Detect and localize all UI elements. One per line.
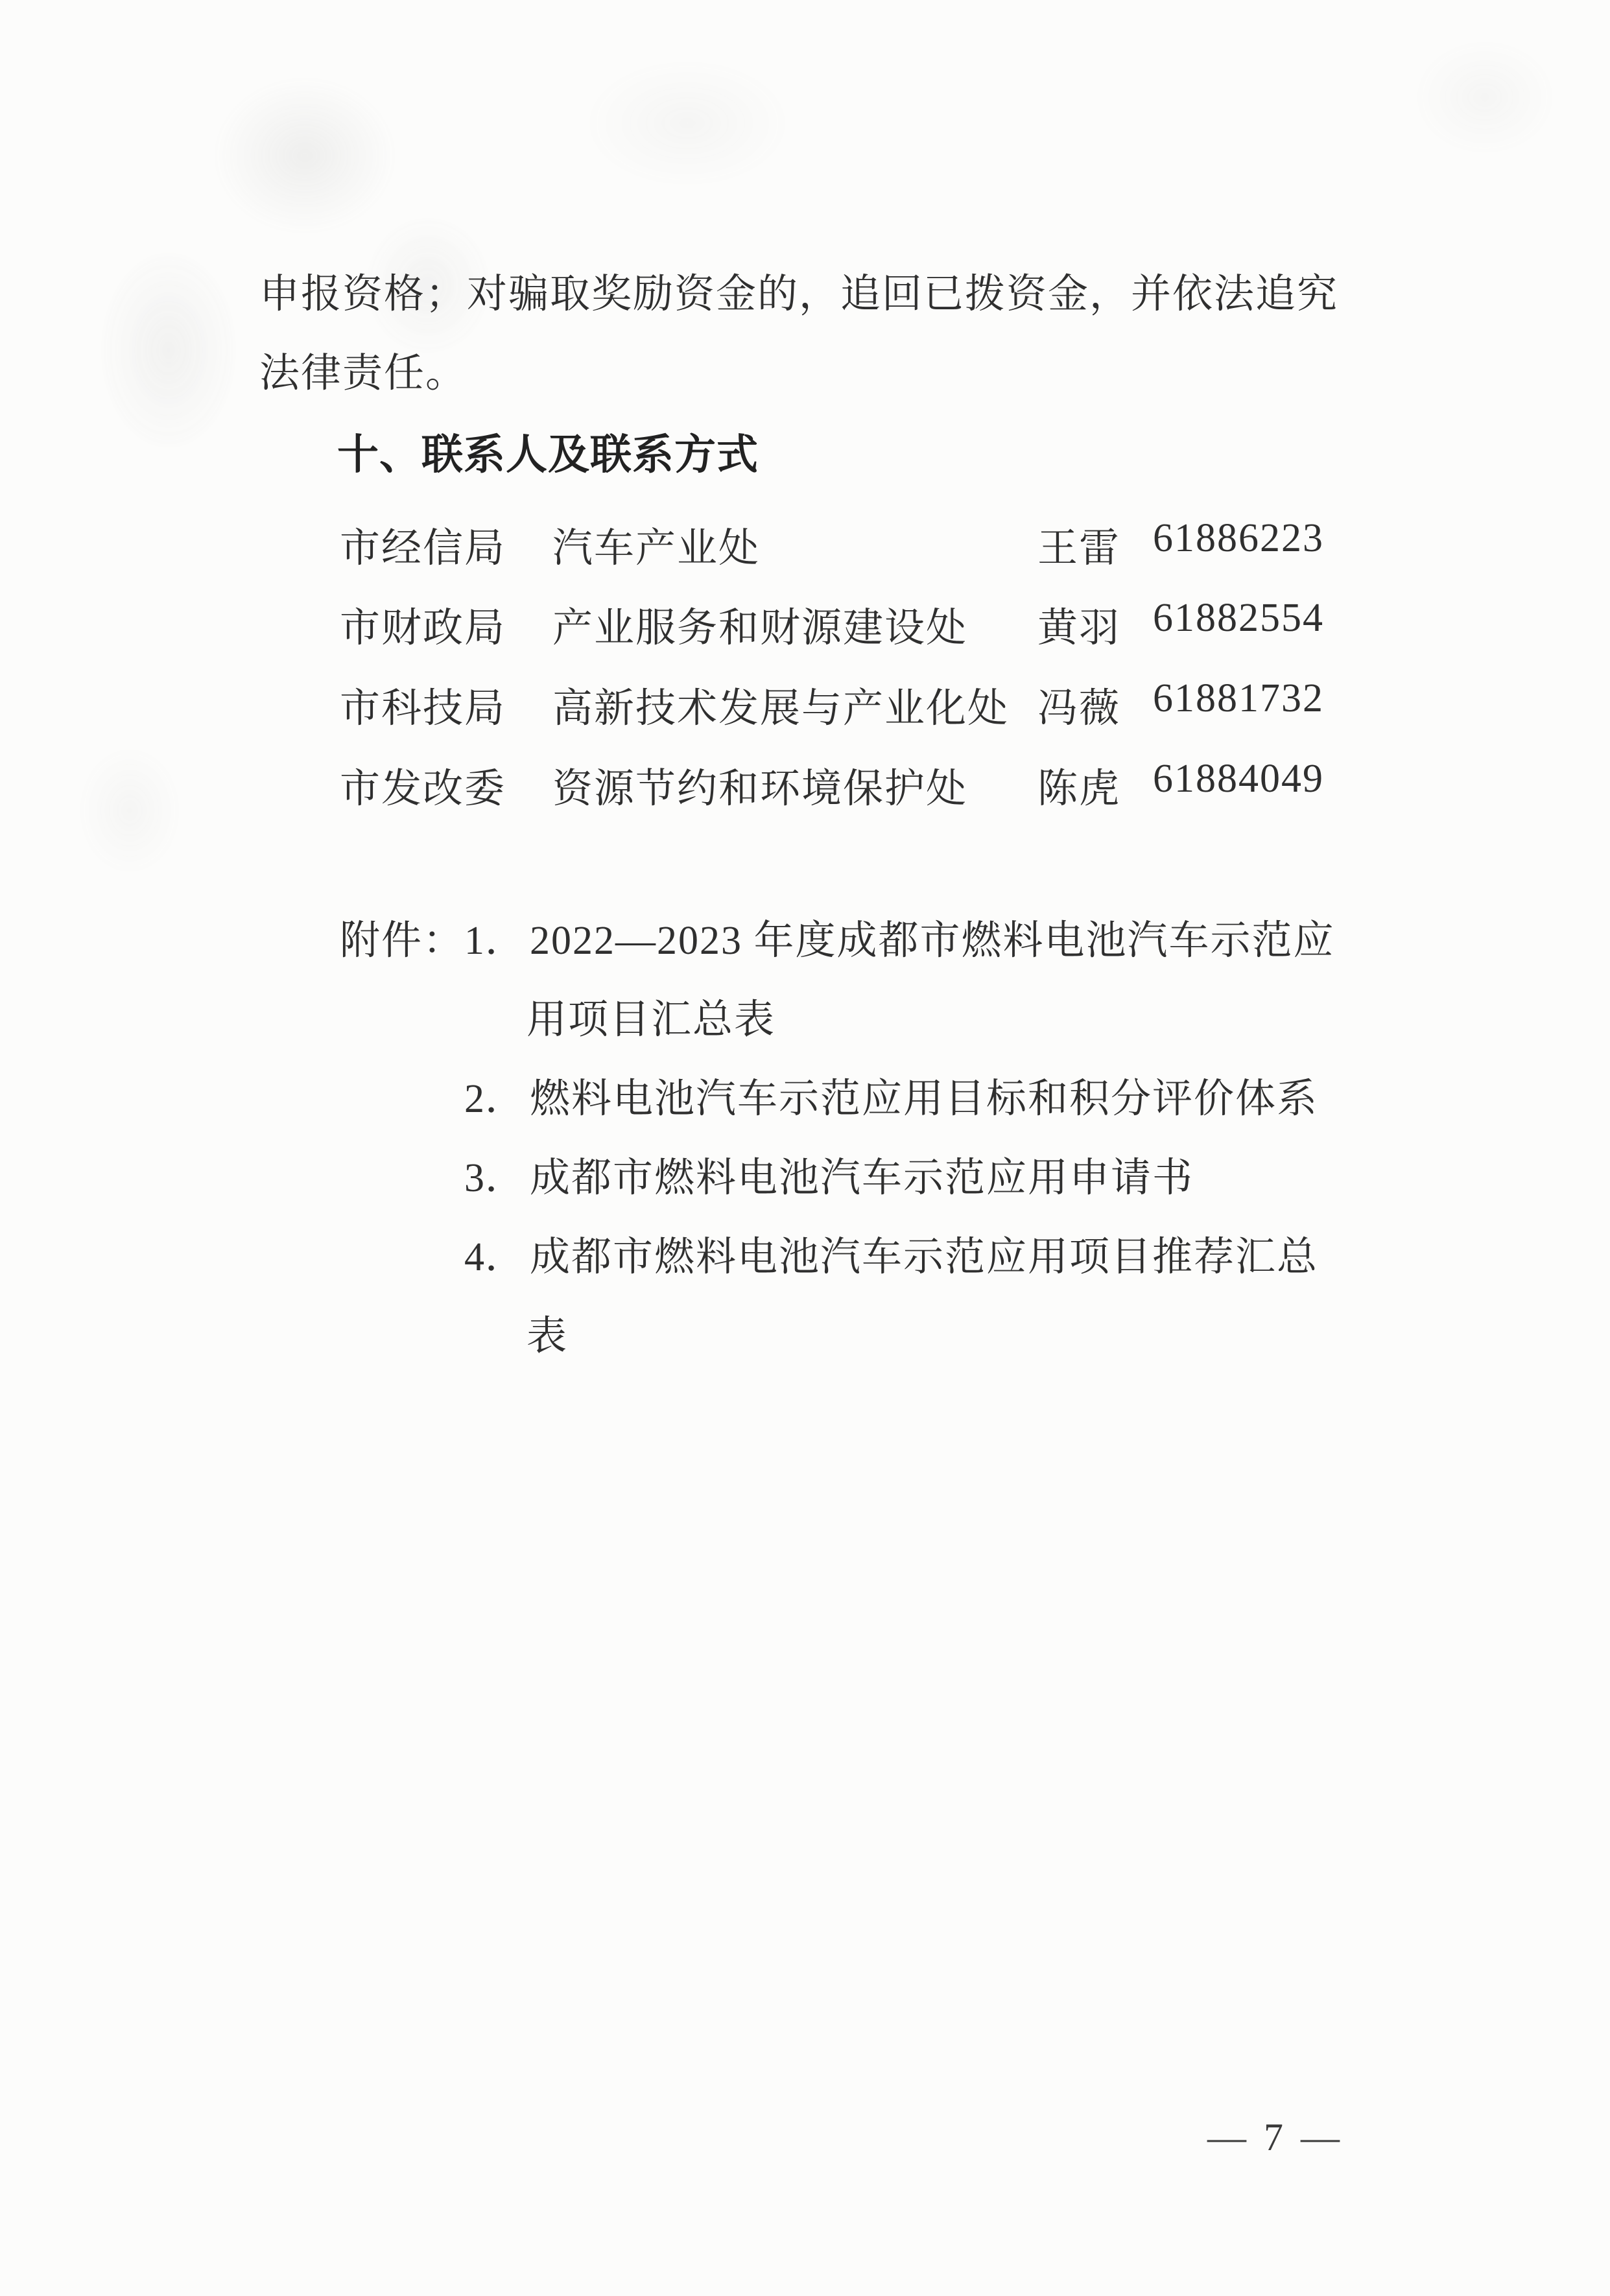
page-number: — 7 — — [1207, 2115, 1344, 2160]
contact-division: 产业服务和财源建设处 — [552, 595, 967, 653]
attachment-item-line: 3．成都市燃料电池汽车示范应用申请书 — [464, 1145, 1194, 1203]
scan-artifact — [97, 246, 240, 454]
paragraph-line: 法律责任。 — [259, 340, 467, 398]
contact-row: 市经信局 汽车产业处 王雷 61886223 — [0, 515, 1610, 567]
attachment-text: 燃料电池汽车示范应用目标和积分评价体系 — [530, 1077, 1318, 1121]
attachment-text: 2022—2023 年度成都市燃料电池汽车示范应 — [530, 919, 1335, 963]
attachment-number: 4． — [464, 1235, 530, 1279]
contact-division: 汽车产业处 — [552, 515, 760, 573]
scan-artifact — [1414, 39, 1556, 156]
contact-phone: 61884049 — [1153, 756, 1324, 802]
contact-name: 陈虎 — [1037, 756, 1120, 814]
attachment-text: 成都市燃料电池汽车示范应用申请书 — [530, 1156, 1194, 1200]
contact-bureau: 市财政局 — [340, 595, 506, 653]
scan-artifact — [584, 58, 791, 188]
contact-phone: 61882554 — [1153, 595, 1324, 641]
contact-row: 市财政局 产业服务和财源建设处 黄羽 61882554 — [0, 595, 1610, 647]
attachment-number: 3． — [464, 1156, 530, 1200]
contact-division: 资源节约和环境保护处 — [552, 756, 967, 814]
contact-bureau: 市发改委 — [340, 756, 506, 814]
attachment-item-line: 表 — [527, 1303, 568, 1361]
attachment-item-line: 用项目汇总表 — [527, 987, 775, 1045]
contact-name: 王雷 — [1037, 515, 1120, 573]
attachment-number: 1． — [464, 919, 530, 963]
contact-name: 冯薇 — [1037, 676, 1120, 733]
attachment-number: 2． — [464, 1077, 530, 1121]
attachment-item-line: 2．燃料电池汽车示范应用目标和积分评价体系 — [464, 1066, 1318, 1124]
contact-row: 市发改委 资源节约和环境保护处 陈虎 61884049 — [0, 756, 1610, 808]
contact-name: 黄羽 — [1037, 595, 1120, 653]
paragraph-line: 申报资格；对骗取奖励资金的，追回已拨资金，并依法追究 — [259, 261, 1338, 319]
contact-bureau: 市经信局 — [340, 515, 506, 573]
contact-row: 市科技局 高新技术发展与产业化处 冯薇 61881732 — [0, 676, 1610, 728]
section-heading: 十、联系人及联系方式 — [337, 421, 759, 481]
attachment-text: 成都市燃料电池汽车示范应用项目推荐汇总 — [530, 1235, 1318, 1279]
attachment-item-line: 1．2022—2023 年度成都市燃料电池汽车示范应 — [464, 908, 1335, 965]
scan-artifact — [214, 78, 396, 233]
contact-division: 高新技术发展与产业化处 — [552, 676, 1009, 733]
document-page: 申报资格；对骗取奖励资金的，追回已拨资金，并依法追究 法律责任。 十、联系人及联… — [0, 0, 1610, 2296]
attachments-label: 附件： — [340, 908, 464, 965]
contact-phone: 61886223 — [1153, 515, 1324, 562]
attachment-item-line: 4．成都市燃料电池汽车示范应用项目推荐汇总 — [464, 1224, 1318, 1282]
contact-phone: 61881732 — [1153, 676, 1324, 722]
contact-bureau: 市科技局 — [340, 676, 506, 733]
